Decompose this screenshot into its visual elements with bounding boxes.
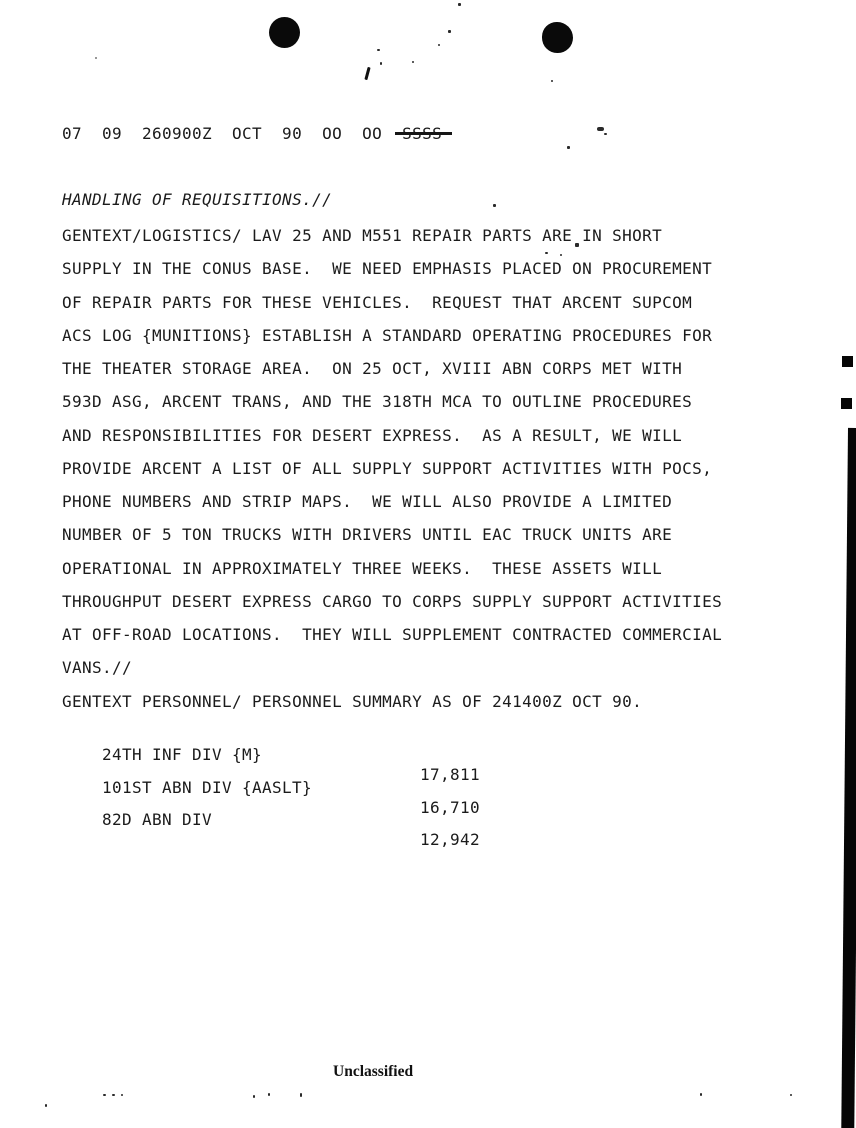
scan-speck (448, 30, 451, 33)
subject-line: HANDLING OF REQUISITIONS.// (62, 190, 332, 210)
personnel-row: 101ST ABN DIV {AASLT} 16,710 (62, 758, 102, 778)
scan-speck (300, 1093, 302, 1097)
personnel-row: 82D ABN DIV 12,942 (62, 790, 102, 810)
scan-speck (380, 62, 382, 65)
message-header-line: 07 09 260900Z OCT 90 OO OO SSSS (62, 124, 442, 144)
scan-speck (604, 133, 607, 135)
scan-speck (253, 1095, 255, 1098)
message-body: GENTEXT/LOGISTICS/ LAV 25 AND M551 REPAI… (62, 219, 722, 718)
unit-strength: 17,811 (420, 765, 480, 785)
body-line: AND RESPONSIBILITIES FOR DESERT EXPRESS.… (62, 419, 722, 452)
body-line: PROVIDE ARCENT A LIST OF ALL SUPPLY SUPP… (62, 452, 722, 485)
unit-name: 24TH INF DIV {M} (102, 745, 262, 765)
scan-speck (567, 146, 570, 149)
body-line: THROUGHPUT DESERT EXPRESS CARGO TO CORPS… (62, 585, 722, 618)
classification-label: Unclassified (333, 1062, 413, 1082)
unit-name: 101ST ABN DIV {AASLT} (102, 778, 312, 798)
scan-speck (112, 1094, 115, 1096)
body-line: PHONE NUMBERS AND STRIP MAPS. WE WILL AL… (62, 485, 722, 518)
body-line: NUMBER OF 5 TON TRUCKS WITH DRIVERS UNTI… (62, 518, 722, 551)
struck-classification-code: SSSS (402, 124, 442, 144)
scan-speck (412, 61, 414, 63)
scan-speck (377, 49, 380, 51)
body-line: AT OFF-ROAD LOCATIONS. THEY WILL SUPPLEM… (62, 618, 722, 651)
body-line: VANS.// (62, 651, 722, 684)
unit-strength: 16,710 (420, 798, 480, 818)
scan-speck (575, 243, 579, 247)
scanned-message-page: 07 09 260900Z OCT 90 OO OO SSSS HANDLING… (0, 0, 856, 1128)
body-line: OPERATIONAL IN APPROXIMATELY THREE WEEKS… (62, 552, 722, 585)
unit-name: 82D ABN DIV (102, 810, 212, 830)
scan-artifact-square (841, 398, 852, 409)
scan-speck (438, 44, 440, 46)
body-line: SUPPLY IN THE CONUS BASE. WE NEED EMPHAS… (62, 252, 722, 285)
hole-punch-dot-right-icon (542, 22, 573, 53)
body-line: ACS LOG {MUNITIONS} ESTABLISH A STANDARD… (62, 319, 722, 352)
scan-artifact-square (842, 356, 853, 367)
body-line: OF REPAIR PARTS FOR THESE VEHICLES. REQU… (62, 286, 722, 319)
header-date-time-group: 07 09 260900Z OCT 90 OO OO (62, 124, 402, 143)
scan-speck (103, 1094, 106, 1096)
scan-speck (790, 1094, 792, 1096)
scan-speck (551, 80, 553, 82)
body-line: THE THEATER STORAGE AREA. ON 25 OCT, XVI… (62, 352, 722, 385)
personnel-row: 24TH INF DIV {M} 17,811 (62, 725, 102, 745)
scan-speck (700, 1093, 702, 1096)
scan-speck (121, 1094, 123, 1096)
scan-speck (45, 1104, 47, 1107)
scan-speck (493, 204, 496, 207)
scan-artifact-edge-bar (841, 428, 856, 1128)
scan-speck (268, 1093, 270, 1096)
scan-smudge (597, 127, 604, 131)
scan-speck (545, 252, 548, 254)
body-line: 593D ASG, ARCENT TRANS, AND THE 318TH MC… (62, 385, 722, 418)
body-line: GENTEXT/LOGISTICS/ LAV 25 AND M551 REPAI… (62, 219, 722, 252)
scan-speck (560, 254, 562, 256)
body-line: GENTEXT PERSONNEL/ PERSONNEL SUMMARY AS … (62, 685, 722, 718)
scan-slash-mark (364, 67, 370, 80)
scan-speck (458, 3, 461, 6)
scan-speck (95, 57, 97, 59)
unit-strength: 12,942 (420, 830, 480, 850)
hole-punch-dot-left-icon (269, 17, 300, 48)
